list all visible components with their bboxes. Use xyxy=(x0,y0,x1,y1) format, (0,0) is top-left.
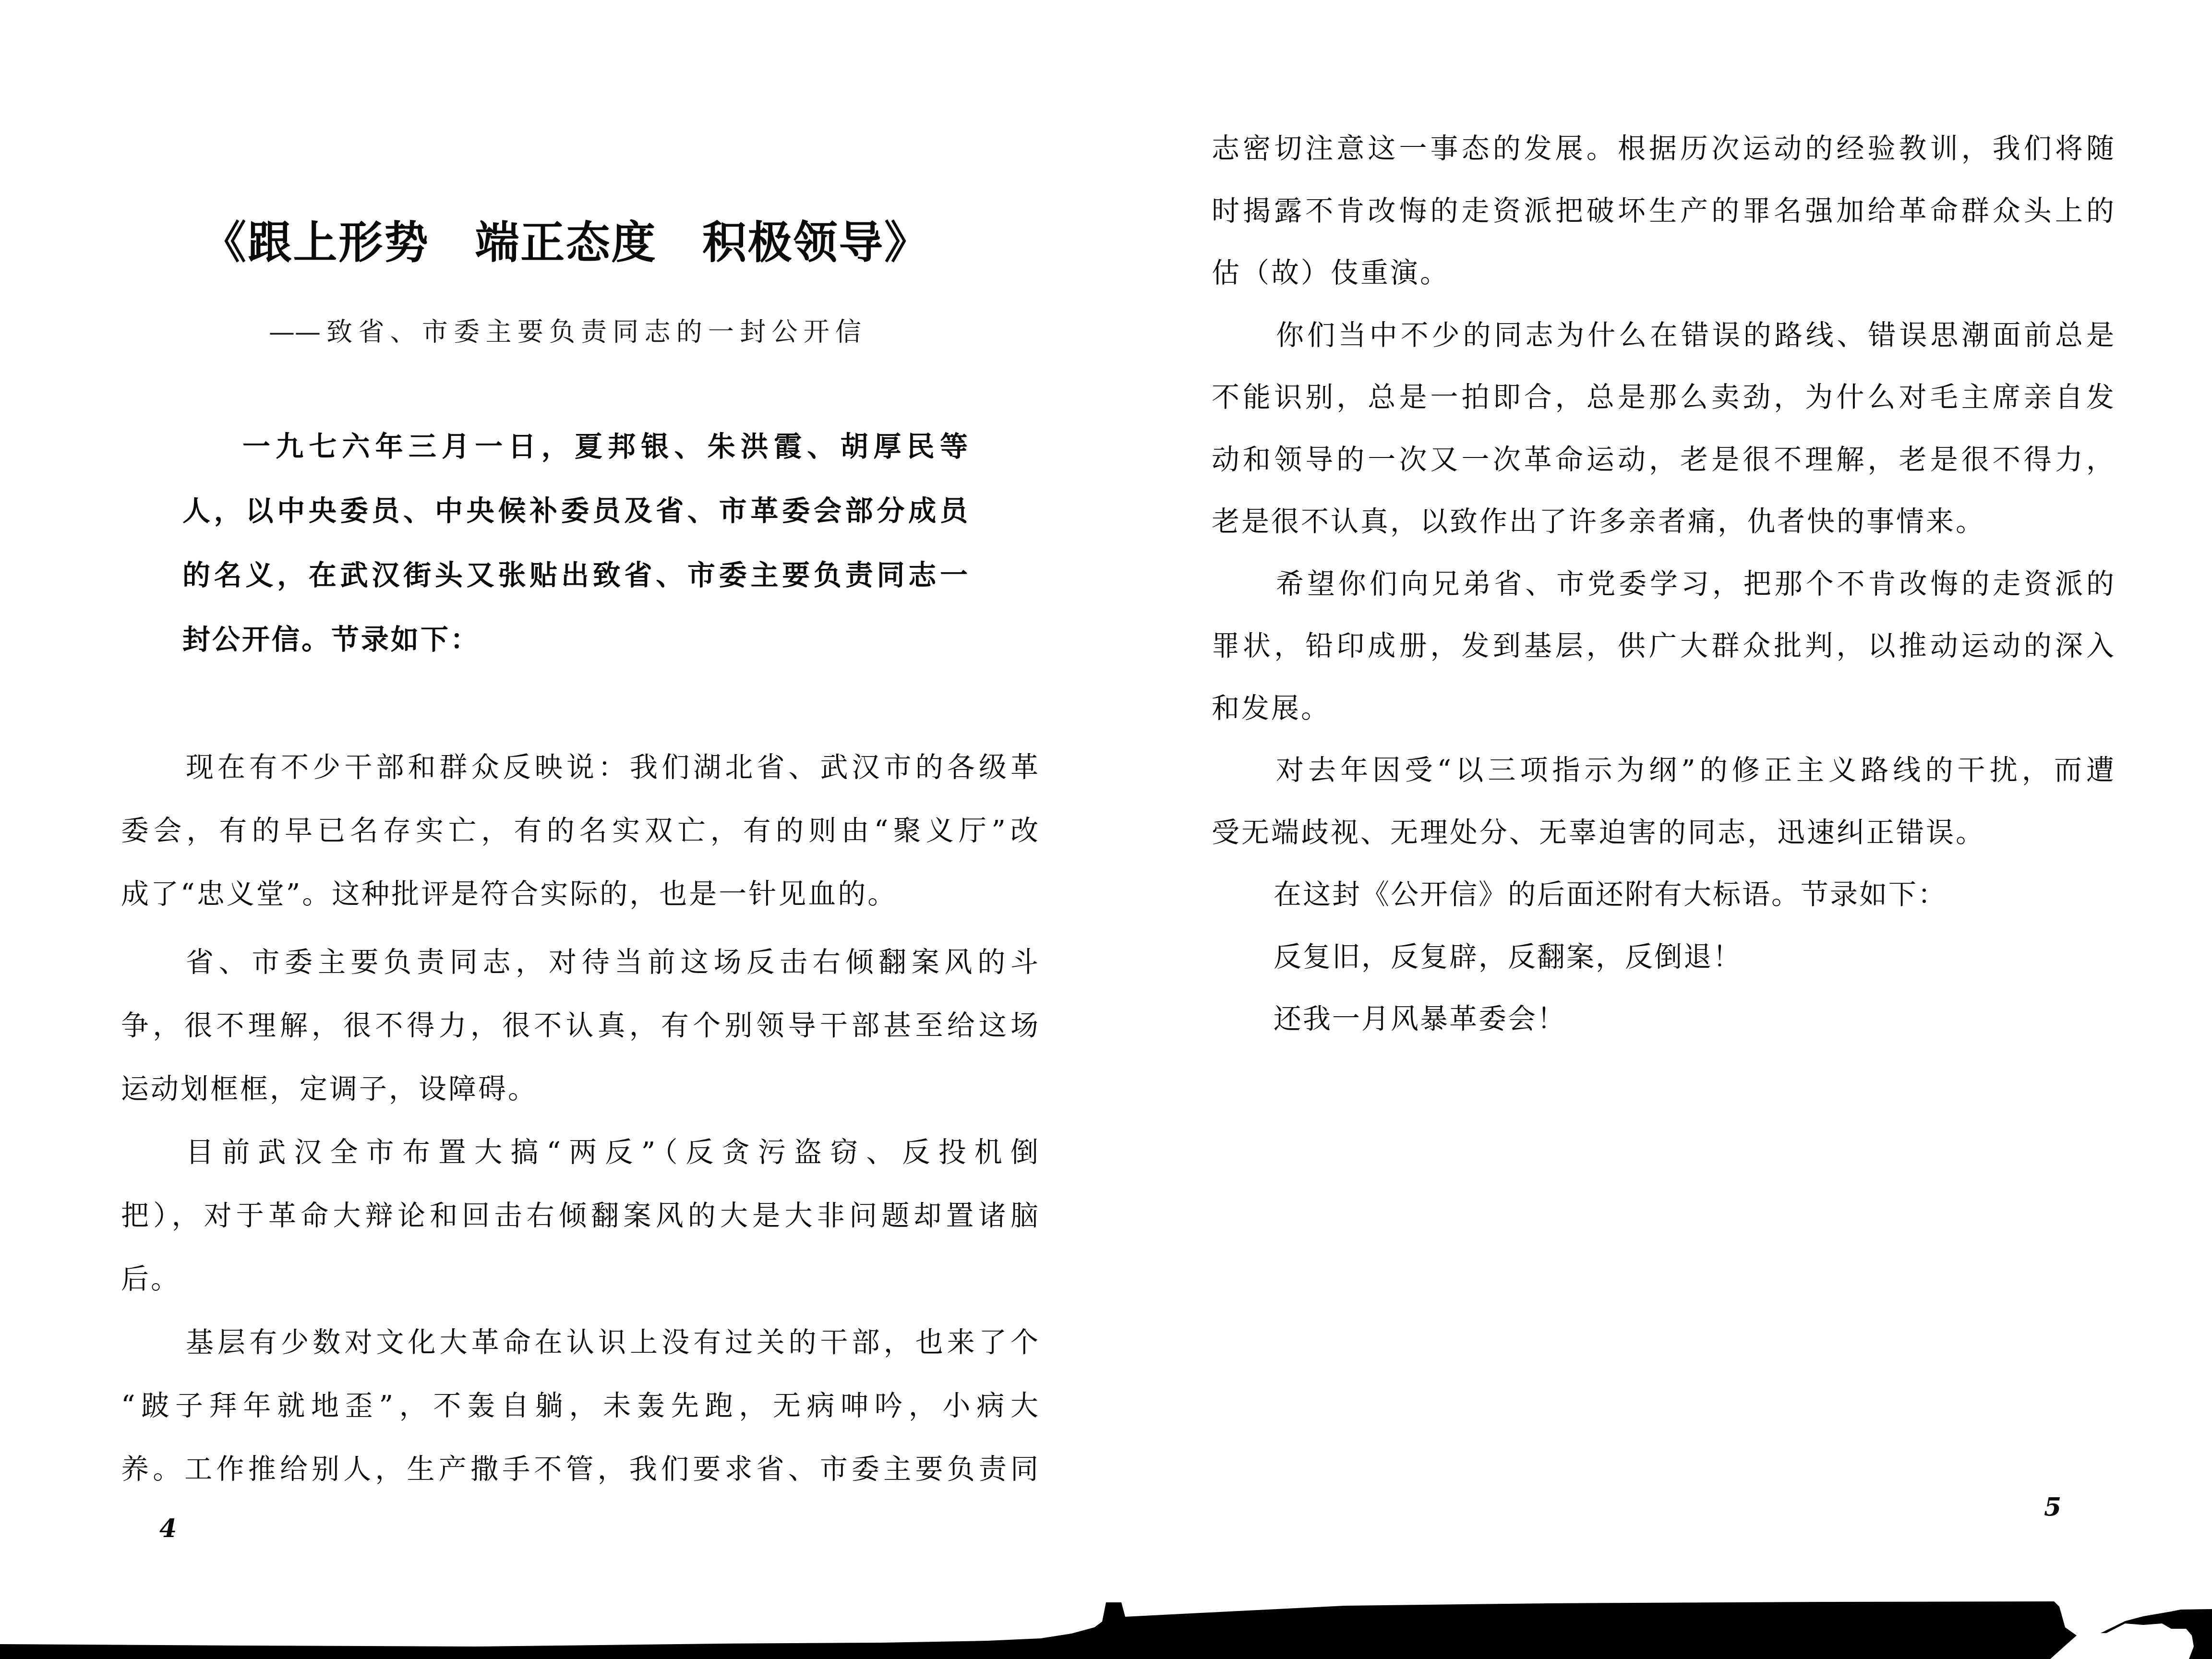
paragraph: 基层有少数对文化大革命在认识上没有过关的干部，也来了个 “跛子拜年就地歪”，不轰… xyxy=(121,1310,1040,1501)
paragraph: 省、市委主要负责同志，对待当前这场反击右倾翻案风的斗 争，很不理解，很不得力，很… xyxy=(121,930,1040,1120)
paragraph: 目前武汉全市布置大搞“两反”（反贪污盗窃、反投机倒 把），对于革命大辩论和回击右… xyxy=(121,1120,1040,1310)
text-line: 和发展。 xyxy=(1212,677,2116,740)
slogan-line: 反复旧，反复辟，反翻案，反倒退！ xyxy=(1212,926,2116,988)
text-line: 时揭露不肯改悔的走资派把破坏生产的罪名强加给革命群众头上的 xyxy=(1212,180,2116,242)
text-line: 后。 xyxy=(121,1247,1040,1310)
intro-line: 封公开信。节录如下： xyxy=(182,607,970,672)
text-line: 志密切注意这一事态的发展。根据历次运动的经验教训，我们将随 xyxy=(1212,118,2116,180)
text-line: 老是很不认真，以致作出了许多亲者痛，仇者快的事情来。 xyxy=(1212,491,2116,553)
text-line: 现在有不少干部和群众反映说：我们湖北省、武汉市的各级革 xyxy=(121,735,1040,799)
slogan-line: 还我一月风暴革委会！ xyxy=(1212,988,2116,1050)
intro-paragraph: 一九七六年三月一日，夏邦银、朱洪霞、胡厚民等 人，以中央委员、中央候补委员及省、… xyxy=(182,414,970,672)
intro-line: 人，以中央委员、中央候补委员及省、市革委会部分成员 xyxy=(182,479,970,543)
text-line: 基层有少数对文化大革命在认识上没有过关的干部，也来了个 xyxy=(121,1310,1040,1374)
text-line: 动和领导的一次又一次革命运动，老是很不理解，老是很不得力， xyxy=(1212,429,2116,491)
scan-edge-shadow-corner xyxy=(2101,1609,2212,1659)
text-line: “跛子拜年就地歪”，不轰自躺，未轰先跑，无病呻吟，小病大 xyxy=(121,1374,1040,1437)
paragraph-continued: 志密切注意这一事态的发展。根据历次运动的经验教训，我们将随 时揭露不肯改悔的走资… xyxy=(1212,118,2116,304)
text-line: 罪状，铅印成册，发到基层，供广大群众批判，以推动运动的深入 xyxy=(1212,615,2116,677)
text-line: 对去年因受“以三项指示为纲”的修正主义路线的干扰，而遭 xyxy=(1212,739,2116,802)
intro-line: 的名义，在武汉街头又张贴出致省、市委主要负责同志一 xyxy=(182,543,970,607)
text-line: 省、市委主要负责同志，对待当前这场反击右倾翻案风的斗 xyxy=(121,930,1040,994)
scan-edge-shadow-main xyxy=(0,1601,2077,1659)
intro-line: 一九七六年三月一日，夏邦银、朱洪霞、胡厚民等 xyxy=(182,414,970,479)
text-line: 运动划框框，定调子，设障碍。 xyxy=(121,1057,1040,1120)
article-title: 《跟上形势 端正态度 积极领导》 xyxy=(202,220,928,264)
slogan-intro-line: 在这封《公开信》的后面还附有大标语。节录如下： xyxy=(1212,864,2116,926)
right-page-body: 志密切注意这一事态的发展。根据历次运动的经验教训，我们将随 时揭露不肯改悔的走资… xyxy=(1212,118,2116,1050)
paragraph: 希望你们向兄弟省、市党委学习，把那个不肯改悔的走资派的 罪状，铅印成册，发到基层… xyxy=(1212,553,2116,740)
text-line: 争，很不理解，很不得力，很不认真，有个别领导干部甚至给这场 xyxy=(121,994,1040,1057)
paragraph: 你们当中不少的同志为什么在错误的路线、错误思潮面前总是 不能识别，总是一拍即合，… xyxy=(1212,304,2116,553)
text-line: 成了“忠义堂”。这种批评是符合实际的，也是一针见血的。 xyxy=(121,862,1040,926)
text-line: 把），对于革命大辩论和回击右倾翻案风的大是大非问题却置诸脑 xyxy=(121,1184,1040,1247)
text-line: 希望你们向兄弟省、市党委学习，把那个不肯改悔的走资派的 xyxy=(1212,553,2116,615)
page-number-right: 5 xyxy=(2044,1493,2061,1522)
text-line: 委会，有的早已名存实亡，有的名实双亡，有的则由“聚义厅”改 xyxy=(121,799,1040,862)
text-line: 养。工作推给别人，生产撒手不管，我们要求省、市委主要负责同 xyxy=(121,1437,1040,1501)
paragraph: 对去年因受“以三项指示为纲”的修正主义路线的干扰，而遭 受无端歧视、无理处分、无… xyxy=(1212,739,2116,864)
text-line: 目前武汉全市布置大搞“两反”（反贪污盗窃、反投机倒 xyxy=(121,1120,1040,1184)
scanned-book-spread: 《跟上形势 端正态度 积极领导》 ——致省、市委主要负责同志的一封公开信 一九七… xyxy=(0,0,2212,1659)
left-page-body: 现在有不少干部和群众反映说：我们湖北省、武汉市的各级革 委会，有的早已名存实亡，… xyxy=(121,735,1040,1501)
article-subtitle: ——致省、市委主要负责同志的一封公开信 xyxy=(269,318,861,347)
text-line: 你们当中不少的同志为什么在错误的路线、错误思潮面前总是 xyxy=(1212,304,2116,367)
paragraph: 现在有不少干部和群众反映说：我们湖北省、武汉市的各级革 委会，有的早已名存实亡，… xyxy=(121,735,1040,926)
text-line: 估（故）伎重演。 xyxy=(1212,242,2116,304)
text-line: 不能识别，总是一拍即合，总是那么卖劲，为什么对毛主席亲自发 xyxy=(1212,366,2116,429)
page-number-left: 4 xyxy=(159,1515,177,1543)
text-line: 受无端歧视、无理处分、无辜迫害的同志，迅速纠正错误。 xyxy=(1212,802,2116,864)
